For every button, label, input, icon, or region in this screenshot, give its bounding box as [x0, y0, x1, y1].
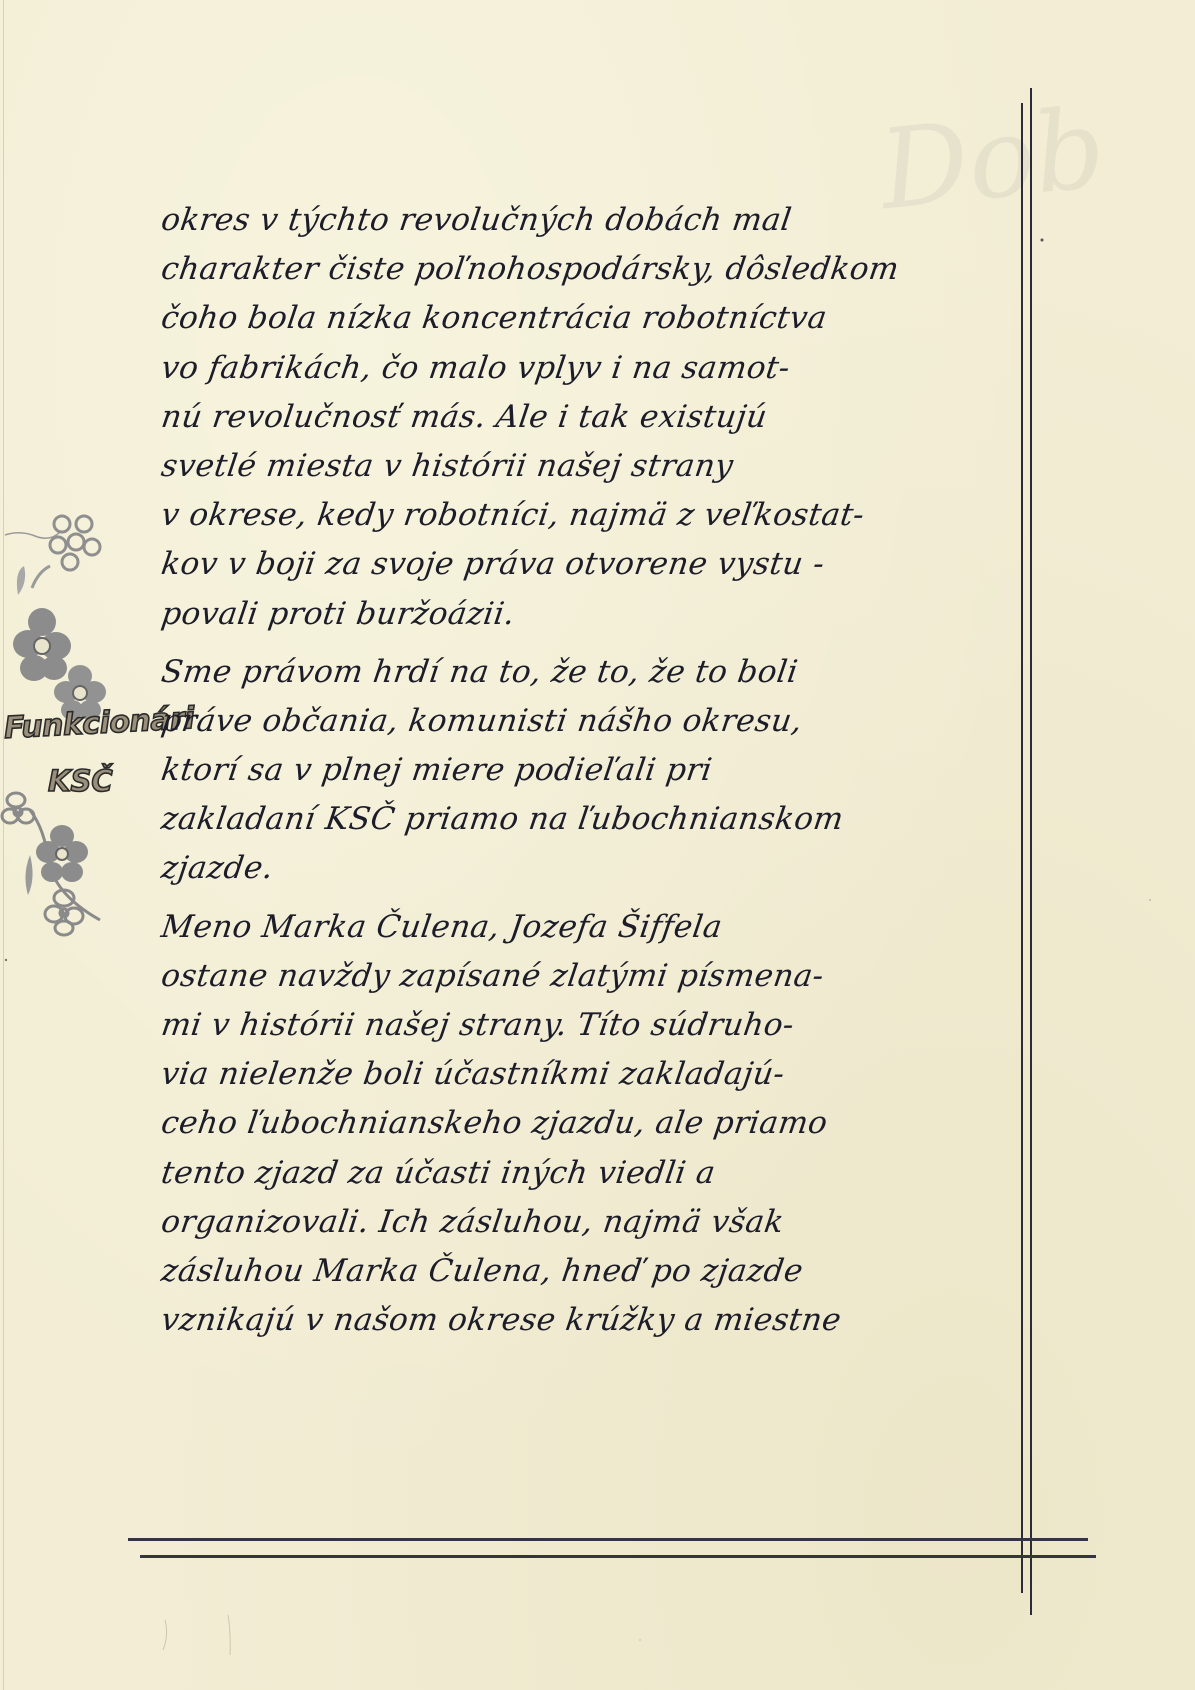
text-line: ktorí sa v plnej miere podieľali pri	[158, 746, 1035, 795]
text-line: ceho ľubochnianskeho zjazdu, ale priamo	[158, 1099, 1035, 1148]
handwritten-text: okres v týchto revolučných dobách mal ch…	[158, 196, 1028, 1345]
text-line: v okrese, kedy robotníci, najmä z veľkos…	[158, 491, 1035, 540]
margin-decoration: Funkcionári KSČ	[0, 500, 180, 940]
text-line: zjazde.	[158, 844, 1035, 893]
text-line: organizovali. Ich zásluhou, najmä však	[158, 1198, 1035, 1247]
bottom-rule-lower	[140, 1555, 1096, 1558]
text-line: mi v histórii našej strany. Títo súdruho…	[158, 1001, 1035, 1050]
text-line: zakladaní KSČ priamo na ľubochnianskom	[158, 795, 1035, 844]
text-line: charakter čiste poľnohospodársky, dôsled…	[158, 245, 1035, 294]
paragraph-start-line: Sme právom hrdí na to, že to, že to boli	[158, 648, 1035, 697]
text-line: práve občania, komunisti nášho okresu,	[158, 697, 1035, 746]
text-line: povali proti buržoázii.	[158, 590, 1035, 639]
margin-label-ksc: KSČ	[48, 764, 113, 798]
text-line: svetlé miesta v histórii našej strany	[158, 442, 1035, 491]
paragraph-start-line: Meno Marka Čulena, Jozefa Šiffela	[158, 903, 1035, 952]
text-line: vo fabrikách, čo malo vplyv i na samot-	[158, 344, 1035, 393]
document-page: Dob	[0, 0, 1195, 1690]
text-line: via nielenže boli účastníkmi zakladajú-	[158, 1050, 1035, 1099]
text-line: nú revolučnosť más. Ale i tak existujú	[158, 393, 1035, 442]
text-line: okres v týchto revolučných dobách mal	[158, 196, 1035, 245]
bottom-rule-upper	[128, 1538, 1088, 1541]
text-line: čoho bola nízka koncentrácia robotníctva	[158, 294, 1035, 343]
text-line: vznikajú v našom okrese krúžky a miestne	[158, 1296, 1035, 1345]
text-line: tento zjazd za účasti iných viedli a	[158, 1149, 1035, 1198]
text-line: zásluhou Marka Čulena, hneď po zjazde	[158, 1247, 1035, 1296]
text-line: kov v boji za svoje práva otvorene vystu…	[158, 540, 1035, 589]
text-line: ostane navždy zapísané zlatými písmena-	[158, 952, 1035, 1001]
